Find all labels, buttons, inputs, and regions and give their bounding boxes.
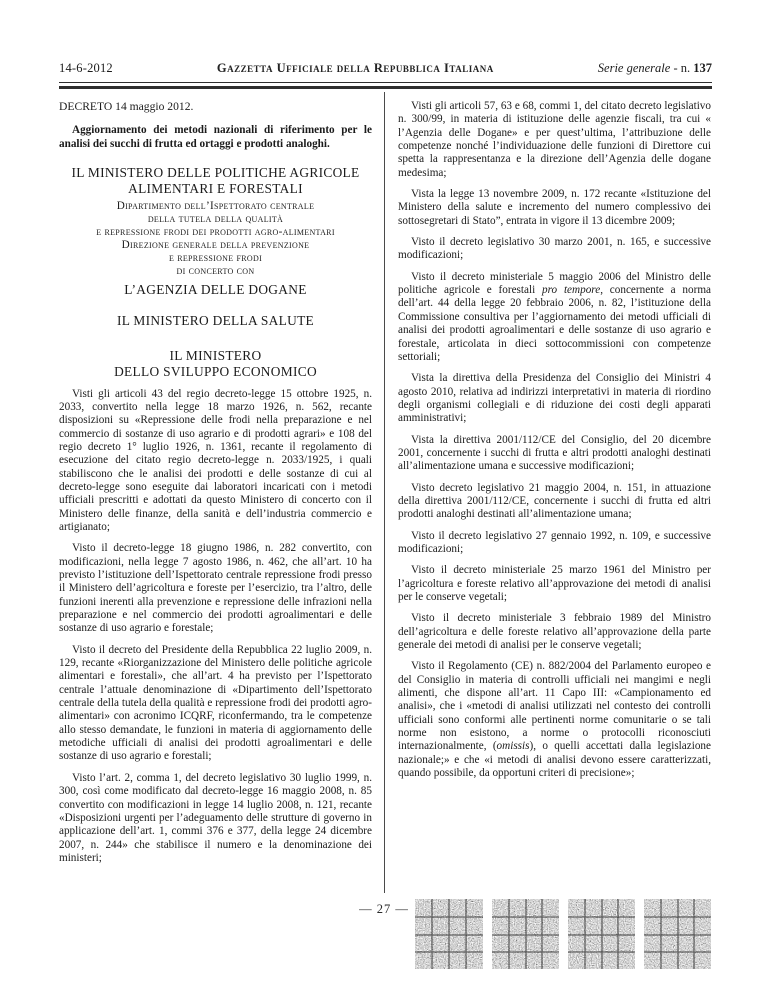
recital-paragraph: Visti gli articoli 57, 63 e 68, commi 1,… bbox=[398, 100, 711, 180]
ministry-development-line1: IL MINISTERO bbox=[65, 348, 366, 364]
scan-noise-block bbox=[568, 899, 635, 969]
page-header: 14-6-2012 Gazzetta Ufficiale della Repub… bbox=[59, 61, 712, 76]
issue-date: 14-6-2012 bbox=[59, 61, 113, 76]
recital-paragraph: Visto il decreto ministeriale 5 maggio 2… bbox=[398, 271, 711, 364]
gazzetta-scanned-page: 14-6-2012 Gazzetta Ufficiale della Repub… bbox=[0, 0, 768, 994]
recital-paragraph: Visti gli articoli 43 del regio decreto-… bbox=[59, 388, 372, 535]
department-line: Dipartimento dell’Ispettorato centrale bbox=[59, 200, 372, 213]
decree-subject: Aggiornamento dei metodi nazionali di ri… bbox=[59, 124, 372, 151]
department-line: Direzione generale della prevenzione bbox=[59, 239, 372, 252]
scan-noise-block bbox=[415, 899, 483, 969]
left-column: DECRETO 14 maggio 2012. Aggiornamento de… bbox=[59, 92, 384, 893]
header-rule-thick bbox=[59, 86, 712, 89]
recital-paragraph: Visto il decreto del Presidente della Re… bbox=[59, 644, 372, 764]
signature-noise-strip bbox=[415, 899, 711, 969]
recital-paragraph: Visto il decreto legislativo 27 gennaio … bbox=[398, 530, 711, 557]
journal-title: Gazzetta Ufficiale della Repubblica Ital… bbox=[217, 61, 494, 76]
recital-paragraph: Vista la direttiva della Presidenza del … bbox=[398, 372, 711, 425]
ministry-agriculture-heading: IL MINISTERO DELLE POLITICHE AGRICOLE AL… bbox=[65, 165, 366, 197]
recital-paragraph: Visto il decreto ministeriale 25 marzo 1… bbox=[398, 564, 711, 604]
series-name: Serie generale - bbox=[598, 61, 681, 75]
department-line: della tutela della qualità bbox=[59, 213, 372, 226]
scan-noise-block bbox=[644, 899, 711, 969]
series-n-label: n. bbox=[681, 61, 694, 75]
series-label: Serie generale - n. 137 bbox=[598, 61, 712, 76]
department-lines: Dipartimento dell’Ispettorato centrale d… bbox=[59, 200, 372, 278]
recital-paragraph: Visto il decreto legislativo 30 marzo 20… bbox=[398, 236, 711, 263]
department-line: e repressione frodi dei prodotti agro-al… bbox=[59, 226, 372, 239]
ministry-development-heading: IL MINISTERO DELLO SVILUPPO ECONOMICO bbox=[65, 348, 366, 380]
ministry-development-line2: DELLO SVILUPPO ECONOMICO bbox=[65, 364, 366, 380]
recital-paragraph: Visto il decreto ministeriale 3 febbraio… bbox=[398, 612, 711, 652]
customs-agency-heading: L’AGENZIA DELLE DOGANE bbox=[65, 282, 366, 298]
two-column-body: DECRETO 14 maggio 2012. Aggiornamento de… bbox=[59, 92, 712, 893]
department-line: di concerto con bbox=[59, 265, 372, 278]
recital-paragraph: Visto decreto legislativo 21 maggio 2004… bbox=[398, 482, 711, 522]
recital-paragraph: Visto il decreto-legge 18 giugno 1986, n… bbox=[59, 542, 372, 635]
recital-paragraph: Visto il Regolamento (CE) n. 882/2004 de… bbox=[398, 660, 711, 780]
ministry-health-heading: IL MINISTERO DELLA SALUTE bbox=[65, 313, 366, 329]
right-column: Visti gli articoli 57, 63 e 68, commi 1,… bbox=[385, 92, 711, 893]
recital-paragraph: Vista la legge 13 novembre 2009, n. 172 … bbox=[398, 188, 711, 228]
decree-title: DECRETO 14 maggio 2012. bbox=[59, 100, 372, 113]
scan-noise-block bbox=[492, 899, 559, 969]
recital-paragraph: Vista la direttiva 2001/112/CE del Consi… bbox=[398, 434, 711, 474]
recital-paragraph: Visto l’art. 2, comma 1, del decreto leg… bbox=[59, 772, 372, 865]
department-line: e repressione frodi bbox=[59, 252, 372, 265]
series-number: 137 bbox=[693, 61, 712, 75]
header-rule-thin bbox=[59, 82, 712, 83]
